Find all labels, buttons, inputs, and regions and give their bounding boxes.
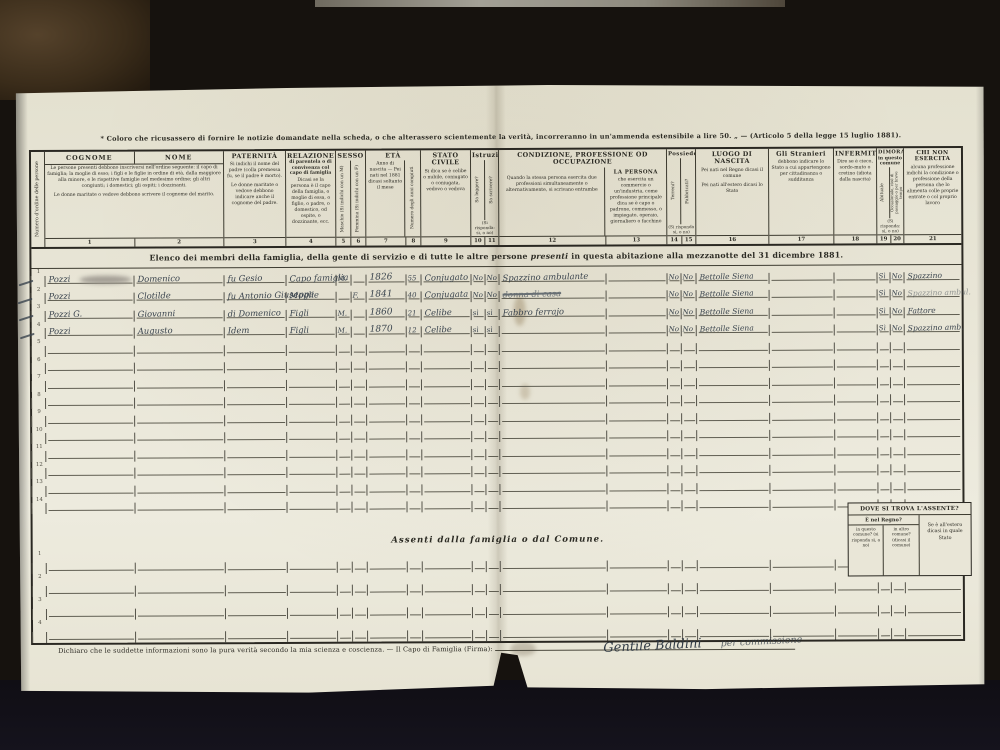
- cell-stran: [770, 476, 835, 494]
- cell-inferm: [835, 335, 878, 353]
- handwritten-entry: Idem: [228, 325, 250, 336]
- col-num: 15: [682, 236, 696, 244]
- cell-chi: [905, 440, 962, 458]
- cell-m: [337, 460, 352, 478]
- col-persona-title: LA PERSONA: [605, 167, 666, 176]
- cell-luogo: [697, 353, 770, 371]
- cell-fabbricati: [682, 494, 697, 512]
- cell-anno: 1826: [366, 267, 406, 285]
- cell-cognome: Pozzi: [45, 269, 134, 287]
- cell-stato: Conjugata: [422, 285, 472, 303]
- col-istruzione-note: (Si risponda: sì, o no): [471, 220, 498, 236]
- cell-inferm: [835, 458, 878, 476]
- cell-chi: Spazzino amb.: [905, 317, 962, 335]
- cell-anno: 1841: [367, 285, 407, 303]
- col-num: 11: [485, 237, 498, 245]
- cell-occas: [891, 335, 905, 353]
- cell-m: [338, 596, 353, 619]
- cell-chi: [905, 475, 962, 493]
- col-istruzione: Istruzione Sa leggere? Sa scrivere? (Si …: [471, 150, 499, 245]
- handwritten-entry: No: [892, 324, 903, 332]
- cell-pers: [608, 548, 669, 571]
- cell-chi: [905, 370, 962, 388]
- cell-prof: [501, 595, 608, 618]
- cell-cognome: [46, 461, 135, 479]
- cell-m: [337, 425, 352, 443]
- cell-m: [337, 390, 352, 408]
- cell-f: [352, 408, 367, 426]
- cell-stato: [422, 390, 472, 408]
- col-maschio-label: Maschio (Si indichi con un M): [340, 161, 345, 237]
- cell-fabbricati: No: [682, 301, 697, 319]
- cell-m: [338, 550, 353, 573]
- cell-prof: [500, 389, 607, 407]
- cell-luogo: [697, 406, 770, 424]
- col-num: 6: [351, 238, 365, 246]
- handwritten-entry: No: [669, 325, 680, 333]
- cell-terreni: [668, 371, 682, 389]
- cell-relazione: Moglie: [287, 285, 337, 303]
- title-sub: in questo comune: [878, 156, 902, 167]
- cell-anni: [407, 495, 422, 513]
- cell-f: [352, 478, 367, 496]
- handwritten-entry: Conjugato: [424, 271, 468, 282]
- cell-prof: Spazzino ambulante: [499, 267, 606, 285]
- col-scrivere-label: Sa scrivere?: [489, 160, 494, 220]
- cell-nome: [135, 356, 225, 374]
- handwritten-entry: sì: [473, 326, 479, 334]
- table-header: Numero d'ordine delle persone COGNOME NO…: [31, 148, 961, 249]
- cell-m: [337, 355, 352, 373]
- cell-occas: No: [890, 265, 904, 283]
- photo-background-strip: [315, 0, 785, 7]
- cell-anni: [408, 595, 423, 618]
- cell-anni: [407, 390, 422, 408]
- cell-cognome: [46, 496, 135, 514]
- handwritten-entry: M.: [337, 274, 347, 282]
- cell-paternita: [225, 495, 287, 513]
- cell-stran: [770, 336, 835, 354]
- col-stranieri: Gli Stranieri debbono indicare lo Stato …: [769, 149, 834, 244]
- cell-prof: [501, 549, 608, 572]
- handwritten-entry: M.: [338, 327, 348, 335]
- col-possiede: Possiede Terreni? Fabbricati? (Si rispon…: [667, 149, 696, 244]
- cell-legge: No: [471, 267, 485, 285]
- cell-prof: [500, 459, 607, 477]
- cell-scrive: sì: [486, 302, 500, 320]
- cell-f: [351, 268, 366, 286]
- col-stranieri-desc: debbono indicare lo Stato a cui apparten…: [769, 159, 833, 235]
- cell-luogo: [697, 423, 770, 441]
- cell-pers: [607, 336, 668, 354]
- handwritten-entry: Bettolle Siena: [699, 271, 753, 281]
- col-infermita-desc: Dire se è cieco, sordo-muto o cretino (i…: [834, 159, 876, 235]
- row-number: 1: [31, 269, 45, 287]
- cell-scrive: [487, 572, 501, 595]
- cell-relazione: Figli: [287, 303, 337, 321]
- cell-anni: [407, 442, 422, 460]
- handwritten-entry: Celibe: [425, 324, 452, 335]
- cell-scrive: [486, 407, 500, 425]
- cell-stran: [771, 594, 836, 617]
- assente-box-title: DOVE SI TROVA L'ASSENTE?: [849, 503, 971, 516]
- cell-fabbricati: [682, 476, 697, 494]
- cell-inferm: [835, 353, 878, 371]
- cell-stran: [770, 493, 835, 511]
- cell-prof: [500, 477, 607, 495]
- cell-terreni: [668, 494, 682, 512]
- cell-relazione: [287, 355, 337, 373]
- handwritten-entry: 1841: [369, 289, 392, 300]
- cell-f: [352, 320, 367, 338]
- row-number: 13: [32, 479, 46, 497]
- row-number: 3: [32, 304, 46, 322]
- handwritten-entry: No: [668, 290, 679, 298]
- cell-luogo: Bettolle Siena: [697, 318, 770, 336]
- photo-background-wood: [0, 0, 150, 100]
- cell-chi: [905, 387, 962, 405]
- col-num: 9: [421, 236, 470, 245]
- declaration-text: Dichiaro che le suddette informazioni so…: [58, 645, 493, 655]
- cell-occas: [891, 388, 905, 406]
- cell-nome: Augusto: [135, 321, 225, 339]
- cell-pers: [607, 354, 668, 372]
- handwritten-entry: Domenico: [137, 272, 180, 283]
- row-number: 4: [32, 321, 46, 339]
- cell-nome: [135, 373, 225, 391]
- cell-luogo: [697, 388, 770, 406]
- handwritten-entry: Sì: [878, 289, 885, 297]
- col-num: 7: [366, 237, 406, 245]
- main-rows: 1PozziDomenicofu GesioCapo famigliaM.182…: [31, 265, 962, 514]
- cell-relazione: [287, 425, 337, 443]
- cell-scrive: [486, 495, 500, 513]
- handwritten-entry: Bettolle Siena: [700, 306, 754, 316]
- cell-cognome: [46, 479, 135, 497]
- cell-fabbricati: [683, 571, 698, 594]
- cell-luogo: Bettolle Siena: [697, 283, 770, 301]
- col-leggere-label: Sa leggere?: [475, 160, 480, 220]
- cell-prof: [500, 494, 607, 512]
- cell-f: [352, 443, 367, 461]
- cell-inferm: [835, 405, 878, 423]
- handwritten-entry: No: [892, 307, 903, 315]
- cell-relazione: [288, 573, 338, 596]
- cell-relazione: [288, 596, 338, 619]
- cell-paternita: [225, 478, 287, 496]
- cell-scrive: [487, 549, 501, 572]
- col-paternita: PATERNITÀ Si indichi il nome del padre (…: [224, 151, 286, 246]
- cell-anno: [368, 595, 408, 618]
- col-relazione-desc: Dicasi se la persona è il capo della fam…: [286, 177, 335, 237]
- col-paternita-title: PATERNITÀ: [224, 151, 285, 162]
- col-relazione: RELAZIONE di parentela o di convivenza c…: [286, 151, 336, 246]
- cell-pers: [607, 494, 668, 512]
- handwritten-entry: M.: [338, 309, 348, 317]
- col-fabbricati-label: Fabbricati?: [685, 158, 690, 224]
- handwritten-entry: Giovanni: [138, 308, 176, 319]
- handwritten-entry: Pozzi G.: [49, 308, 83, 319]
- handwritten-entry: 1870: [370, 324, 393, 335]
- cell-relazione: [287, 478, 337, 496]
- col-cognome-desc: Le persone presenti debbono inscriversi …: [45, 164, 223, 238]
- cell-pers: [607, 424, 668, 442]
- elenco-pre: Elenco dei membri della famiglia, della …: [150, 252, 531, 263]
- cell-terreni: [668, 354, 682, 372]
- cell-prof: Fabbro ferrajo: [500, 302, 607, 320]
- handwritten-entry: fu Gesio: [227, 272, 262, 283]
- cell-prof: donna di casa: [500, 284, 607, 302]
- cell-legge: [472, 495, 486, 513]
- col-luogo-nascita: LUOGO DI NASCITA Pei nati nel Regno dica…: [696, 149, 769, 244]
- col-eta: ETÀ Anno di nascita — Pei nati nel 1881 …: [366, 150, 421, 245]
- cell-anni: [407, 337, 422, 355]
- col-num: 5: [336, 238, 351, 246]
- cell-occas: No: [891, 300, 905, 318]
- cell-nome: [135, 338, 225, 356]
- handwritten-entry: Figli: [290, 307, 309, 317]
- cell-stato: [422, 407, 472, 425]
- cell-stran: [770, 318, 835, 336]
- cell-luogo: [697, 441, 770, 459]
- cell-legge: No: [472, 285, 486, 303]
- col-infermita-title: INFERMITÀ: [834, 148, 876, 159]
- cell-cognome: [46, 426, 135, 444]
- cell-relazione: [287, 408, 337, 426]
- col-luogo-title: LUOGO DI NASCITA: [696, 149, 768, 167]
- cell-paternita: [225, 355, 287, 373]
- cell-chi: Fattore: [905, 300, 962, 318]
- cell-terreni: [668, 336, 682, 354]
- cell-f: [353, 596, 368, 619]
- cell-m: [338, 573, 353, 596]
- cell-relazione: [288, 550, 338, 573]
- cell-occas: [892, 593, 906, 616]
- handwritten-entry: Bettolle Siena: [700, 323, 754, 333]
- cell-luogo: [697, 336, 770, 354]
- cell-legge: [473, 549, 487, 572]
- cell-fabbricati: No: [682, 284, 697, 302]
- handwritten-entry: Sì: [878, 272, 885, 280]
- cell-fabbricati: [682, 371, 697, 389]
- desc-text: Pei nati all'estero dicasi lo Stato: [698, 182, 766, 194]
- handwritten-entry: No: [682, 273, 693, 281]
- cell-m: [338, 619, 353, 642]
- cell-scrive: No: [486, 285, 500, 303]
- handwritten-entry: No: [682, 290, 693, 298]
- desc-text: Le donne maritate o vedove debbono indic…: [226, 183, 283, 207]
- cell-relazione: [287, 460, 337, 478]
- row-number: 5: [32, 339, 46, 357]
- cell-nome: [136, 619, 226, 642]
- cell-anno: [367, 442, 407, 460]
- handwritten-entry: No: [472, 291, 483, 299]
- cell-anno: [368, 618, 408, 641]
- cell-prof: [500, 442, 607, 460]
- cell-pers: [608, 594, 669, 617]
- cell-anni: 40: [407, 285, 422, 303]
- cell-nome: [136, 550, 226, 573]
- col-nome-title: NOME: [134, 151, 223, 163]
- cell-chi: [905, 335, 962, 353]
- col-chi-non-esercita: CHI NON ESERCITA alcuna professione indi…: [904, 148, 961, 243]
- cell-anni: [408, 572, 423, 595]
- col-eta-title: ETÀ: [366, 150, 420, 161]
- col-stato-title: STATO CIVILE: [421, 150, 470, 168]
- cell-legge: [473, 572, 487, 595]
- handwritten-entry: No: [486, 291, 497, 299]
- cell-anni: 12: [407, 320, 422, 338]
- col-anni-desc: Numero degli anni compiuti: [410, 161, 415, 237]
- col-num: 14: [667, 236, 682, 244]
- col-cognome-nome: COGNOME NOME Le persone presenti debbono…: [45, 151, 224, 247]
- cell-nome: [136, 596, 226, 619]
- cell-stran: [771, 571, 836, 594]
- cell-paternita: [226, 573, 288, 596]
- cell-fabbricati: [683, 594, 698, 617]
- row-number: 11: [32, 444, 46, 462]
- col-anno-desc: Anno di nascita — Pei nati nel 1881 dica…: [366, 161, 405, 237]
- cell-cognome: [47, 620, 136, 643]
- col-condizione-title: CONDIZIONE, PROFESSIONE OD OCCUPAZIONE: [499, 149, 666, 167]
- cell-chi: [905, 405, 962, 423]
- cell-relazione: [287, 373, 337, 391]
- cell-occas: [891, 475, 905, 493]
- ink-smudge: [80, 275, 132, 283]
- cell-prof: [500, 407, 607, 425]
- col-condizione-desc: Quando la stessa persona esercita due pr…: [499, 167, 605, 236]
- cell-f: [352, 303, 367, 321]
- cell-anni: [407, 425, 422, 443]
- row-number: 6: [32, 356, 46, 374]
- cell-scrive: [487, 595, 501, 618]
- cell-chi: Spazzino ambul.: [905, 282, 962, 300]
- row-number: 12: [32, 461, 46, 479]
- handwritten-entry: Moglie: [289, 289, 319, 300]
- col-terreni-label: Terreni?: [671, 158, 676, 224]
- cell-stran: [770, 301, 835, 319]
- desc-text: Pei nati nel Regno dicasi il comune: [701, 168, 763, 179]
- col-dimora-note: (Si risponda: sì, o no): [877, 218, 903, 234]
- title-sub: di parentela o di convivenza col capo di…: [287, 160, 334, 176]
- col-possiede-title: Possiede: [667, 149, 695, 158]
- handwritten-entry: donna di casa: [502, 288, 561, 299]
- signature-name: Gentile Baldini: [603, 636, 702, 656]
- col-condizione: CONDIZIONE, PROFESSIONE OD OCCUPAZIONE Q…: [499, 149, 667, 245]
- col-num: 13: [606, 236, 666, 244]
- cell-anno: 1860: [367, 302, 407, 320]
- cell-pers: [607, 371, 668, 389]
- assente-estero: Se è all'estero dicasi in quale Stato: [919, 515, 970, 575]
- cell-m: M.: [337, 320, 352, 338]
- handwritten-entry: sì: [487, 326, 493, 334]
- cell-stran: [770, 283, 835, 301]
- handwritten-entry: 1826: [369, 272, 392, 283]
- cell-pers: [607, 319, 668, 337]
- row-number: 8: [32, 391, 46, 409]
- handwritten-entry: di Domenico: [228, 307, 281, 318]
- col-cognome-title: COGNOME: [45, 152, 135, 164]
- col-persona-desc: che esercita un commercio o un'industria…: [605, 176, 666, 235]
- cell-m: M.: [337, 303, 352, 321]
- cell-legge: [472, 477, 486, 495]
- cell-luogo: Bettolle Siena: [697, 301, 770, 319]
- cell-nome: Domenico: [134, 268, 224, 286]
- cell-chi: [905, 422, 962, 440]
- col-sesso: SESSO Maschio (Si indichi con un M) Femm…: [336, 151, 366, 246]
- cell-occas: [891, 405, 905, 423]
- cell-scrive: [486, 337, 500, 355]
- handwritten-entry: Fattore: [908, 305, 936, 315]
- cell-anni: [407, 477, 422, 495]
- cell-legge: [472, 390, 486, 408]
- cell-prof: [500, 354, 607, 372]
- row-number: 2: [32, 286, 46, 304]
- cell-anno: [367, 337, 407, 355]
- cell-pers: [607, 389, 668, 407]
- cell-chi: Spazzino: [904, 265, 961, 283]
- desc-text: Le donne maritate o vedove debbono scriv…: [47, 192, 221, 199]
- row-number: 4: [33, 620, 47, 643]
- cell-terreni: No: [668, 319, 682, 337]
- cell-luogo: [697, 493, 770, 511]
- cell-fabbricati: [682, 406, 697, 424]
- cell-legge: sì: [472, 320, 486, 338]
- cell-f: [353, 573, 368, 596]
- cell-stato: [422, 355, 472, 373]
- handwritten-entry: Spazzino: [907, 270, 942, 280]
- cell-fabbricati: No: [681, 266, 696, 284]
- cell-inferm: [835, 475, 878, 493]
- cell-anno: [367, 425, 407, 443]
- cell-nome: [135, 496, 225, 514]
- row-number: 2: [33, 574, 47, 597]
- col-chi-desc: alcuna professione indichi la condizione…: [904, 164, 961, 234]
- cell-f: [352, 495, 367, 513]
- handwritten-entry: Sì: [879, 324, 886, 332]
- cell-prof: [501, 618, 608, 641]
- cell-stato: [422, 460, 472, 478]
- cell-stato: [422, 372, 472, 390]
- cell-nome: [135, 426, 225, 444]
- cell-prof: [500, 337, 607, 355]
- cell-m: [337, 338, 352, 356]
- cell-stran: [771, 548, 836, 571]
- cell-legge: [472, 442, 486, 460]
- assente-location-box: DOVE SI TROVA L'ASSENTE? È nel Regno? in…: [848, 502, 972, 577]
- cell-occas: [891, 458, 905, 476]
- cell-inferm: [835, 283, 878, 301]
- cell-paternita: [226, 619, 288, 642]
- desc-text: Le persone presenti debbono inscriversi …: [47, 165, 221, 188]
- cell-stran: [770, 458, 835, 476]
- cell-inferm: [835, 300, 878, 318]
- cell-luogo: [697, 476, 770, 494]
- cell-paternita: [225, 408, 287, 426]
- cell-cognome: Pozzi: [46, 286, 135, 304]
- title-text: DIMORA: [878, 149, 904, 155]
- elenco-post: in questa abitazione alla mezzanotte del…: [568, 251, 843, 261]
- cell-f: F.: [352, 285, 367, 303]
- cell-relazione: [287, 338, 337, 356]
- cell-terreni: [668, 406, 682, 424]
- row-number: 14: [32, 496, 46, 514]
- col-stato-desc: Si dica se è celibe o nubile, coniugato …: [421, 168, 470, 236]
- handwritten-entry: No: [683, 308, 694, 316]
- cell-fabbricati: [682, 424, 697, 442]
- col-num: 3: [224, 237, 285, 246]
- cell-nome: [136, 573, 226, 596]
